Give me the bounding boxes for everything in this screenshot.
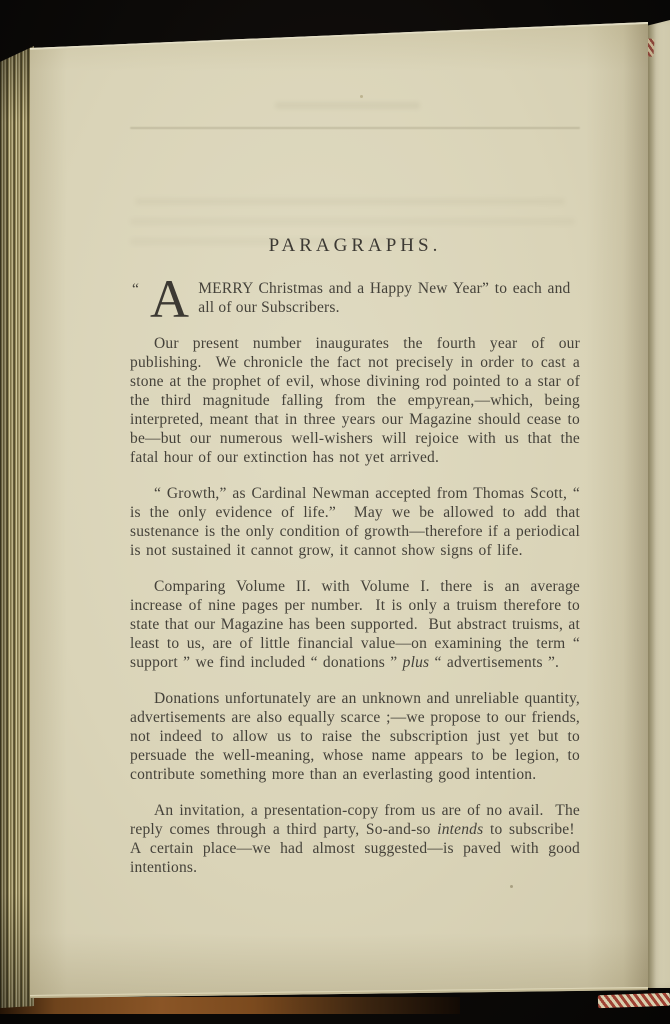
- opening-paragraph: “ A MERRY Christmas and a Happy New Year…: [130, 279, 580, 317]
- showthrough-line: [135, 198, 565, 205]
- opening-quote-mark: “: [132, 280, 139, 299]
- book-cover-edge: [0, 997, 460, 1014]
- page-bottom-highlight: [30, 987, 650, 997]
- book-page: PARAGRAPHS. “ A MERRY Christmas and a Ha…: [30, 22, 648, 1002]
- paragraph: Our present number inaugurates the fourt…: [130, 334, 580, 467]
- showthrough-rule: [130, 127, 580, 129]
- paragraph-list: Our present number inaugurates the fourt…: [130, 334, 580, 877]
- paragraph: Donations unfortunately are an unknown a…: [130, 689, 580, 784]
- paragraph: “ Growth,” as Cardinal Newman accepted f…: [130, 484, 580, 560]
- drop-cap-letter: A: [150, 279, 189, 316]
- italic-text: plus: [403, 654, 430, 671]
- body-text: “ Growth,” as Cardinal Newman accepted f…: [130, 485, 580, 559]
- italic-text: intends: [437, 821, 483, 838]
- text-block: PARAGRAPHS. “ A MERRY Christmas and a Ha…: [130, 235, 580, 894]
- showthrough-title: [275, 102, 420, 109]
- body-text: Our present number inaugurates the fourt…: [130, 335, 580, 466]
- paragraph: Comparing Volume II. with Volume I. ther…: [130, 577, 580, 672]
- body-text: Donations unfortunately are an unknown a…: [130, 690, 580, 783]
- headband-bottom: [598, 993, 670, 1009]
- book-photo: PARAGRAPHS. “ A MERRY Christmas and a Ha…: [0, 0, 670, 1024]
- body-text: “ advertisements ”.: [429, 654, 559, 671]
- showthrough-line: [130, 218, 575, 225]
- paragraph: An invitation, a presentation-copy from …: [130, 801, 580, 877]
- stacked-page-edges: [0, 46, 34, 1008]
- opening-line-2: all of our Subscribers.: [198, 299, 340, 316]
- page-top-edge: [30, 21, 650, 50]
- page-title: PARAGRAPHS.: [130, 235, 580, 257]
- opening-line-1: MERRY Christmas and a Happy New Year” to…: [198, 280, 570, 297]
- adjacent-page-gutter: [646, 20, 670, 988]
